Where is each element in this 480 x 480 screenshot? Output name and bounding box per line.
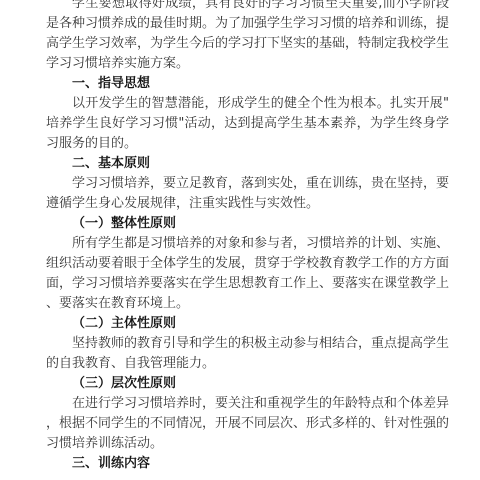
text-line: 以开发学生的智慧潜能，形成学生的健全个性为根本。扎实开展" [46, 94, 449, 114]
text-line: 习惯培养训练活动。 [46, 434, 449, 454]
document-body: 学生要想取得好成绩，具有良好的学习习惯至关重要,而小学阶段是各种习惯养成的最佳时… [46, 0, 449, 474]
text-line: 培养学生良好学习习惯"活动，达到提高学生基本素养，为学生终身学 [46, 114, 449, 134]
text-line: 的自我教育、自我管理能力。 [46, 354, 449, 374]
text-line: 、要落实在教育环境上。 [46, 294, 449, 314]
section-heading: 一、指导思想 [46, 74, 449, 94]
text-line: 学生要想取得好成绩，具有良好的学习习惯至关重要,而小学阶段 [46, 0, 449, 14]
text-line: 所有学生都是习惯培养的对象和参与者，习惯培养的计划、实施、 [46, 234, 449, 254]
section-heading: 三、训练内容 [46, 454, 449, 474]
text-line: 高学生学习效率，为学生今后的学习打下坚实的基础，特制定我校学生 [46, 34, 449, 54]
text-line: 学习习惯培养，要立足教育，落到实处，重在训练，贵在坚持，要 [46, 174, 449, 194]
text-line: 在进行学习习惯培养时，要关注和重视学生的年龄特点和个体差异 [46, 394, 449, 414]
section-heading: （一）整体性原则 [46, 214, 449, 234]
text-line: 坚持教师的教育引导和学生的积极主动参与相结合，重点提高学生 [46, 334, 449, 354]
section-heading: （三）层次性原则 [46, 374, 449, 394]
text-line: 组织活动要着眼于全体学生的发展，贯穿于学校教育教学工作的方方面 [46, 254, 449, 274]
section-heading: （二）主体性原则 [46, 314, 449, 334]
text-line: 遵循学生身心发展规律，注重实践性与实效性。 [46, 194, 449, 214]
document-page: 学生要想取得好成绩，具有良好的学习习惯至关重要,而小学阶段是各种习惯养成的最佳时… [0, 0, 480, 480]
text-line: 习服务的目的。 [46, 134, 449, 154]
text-line: 学习习惯培养实施方案。 [46, 54, 449, 74]
text-line: ，根据不同学生的不同情况，开展不同层次、形式多样的、针对性强的 [46, 414, 449, 434]
text-line: 面，学习习惯培养要落实在学生思想教育工作上、要落实在课堂教学上 [46, 274, 449, 294]
text-line: 是各种习惯养成的最佳时期。为了加强学生学习习惯的培养和训练，提 [46, 14, 449, 34]
section-heading: 二、基本原则 [46, 154, 449, 174]
